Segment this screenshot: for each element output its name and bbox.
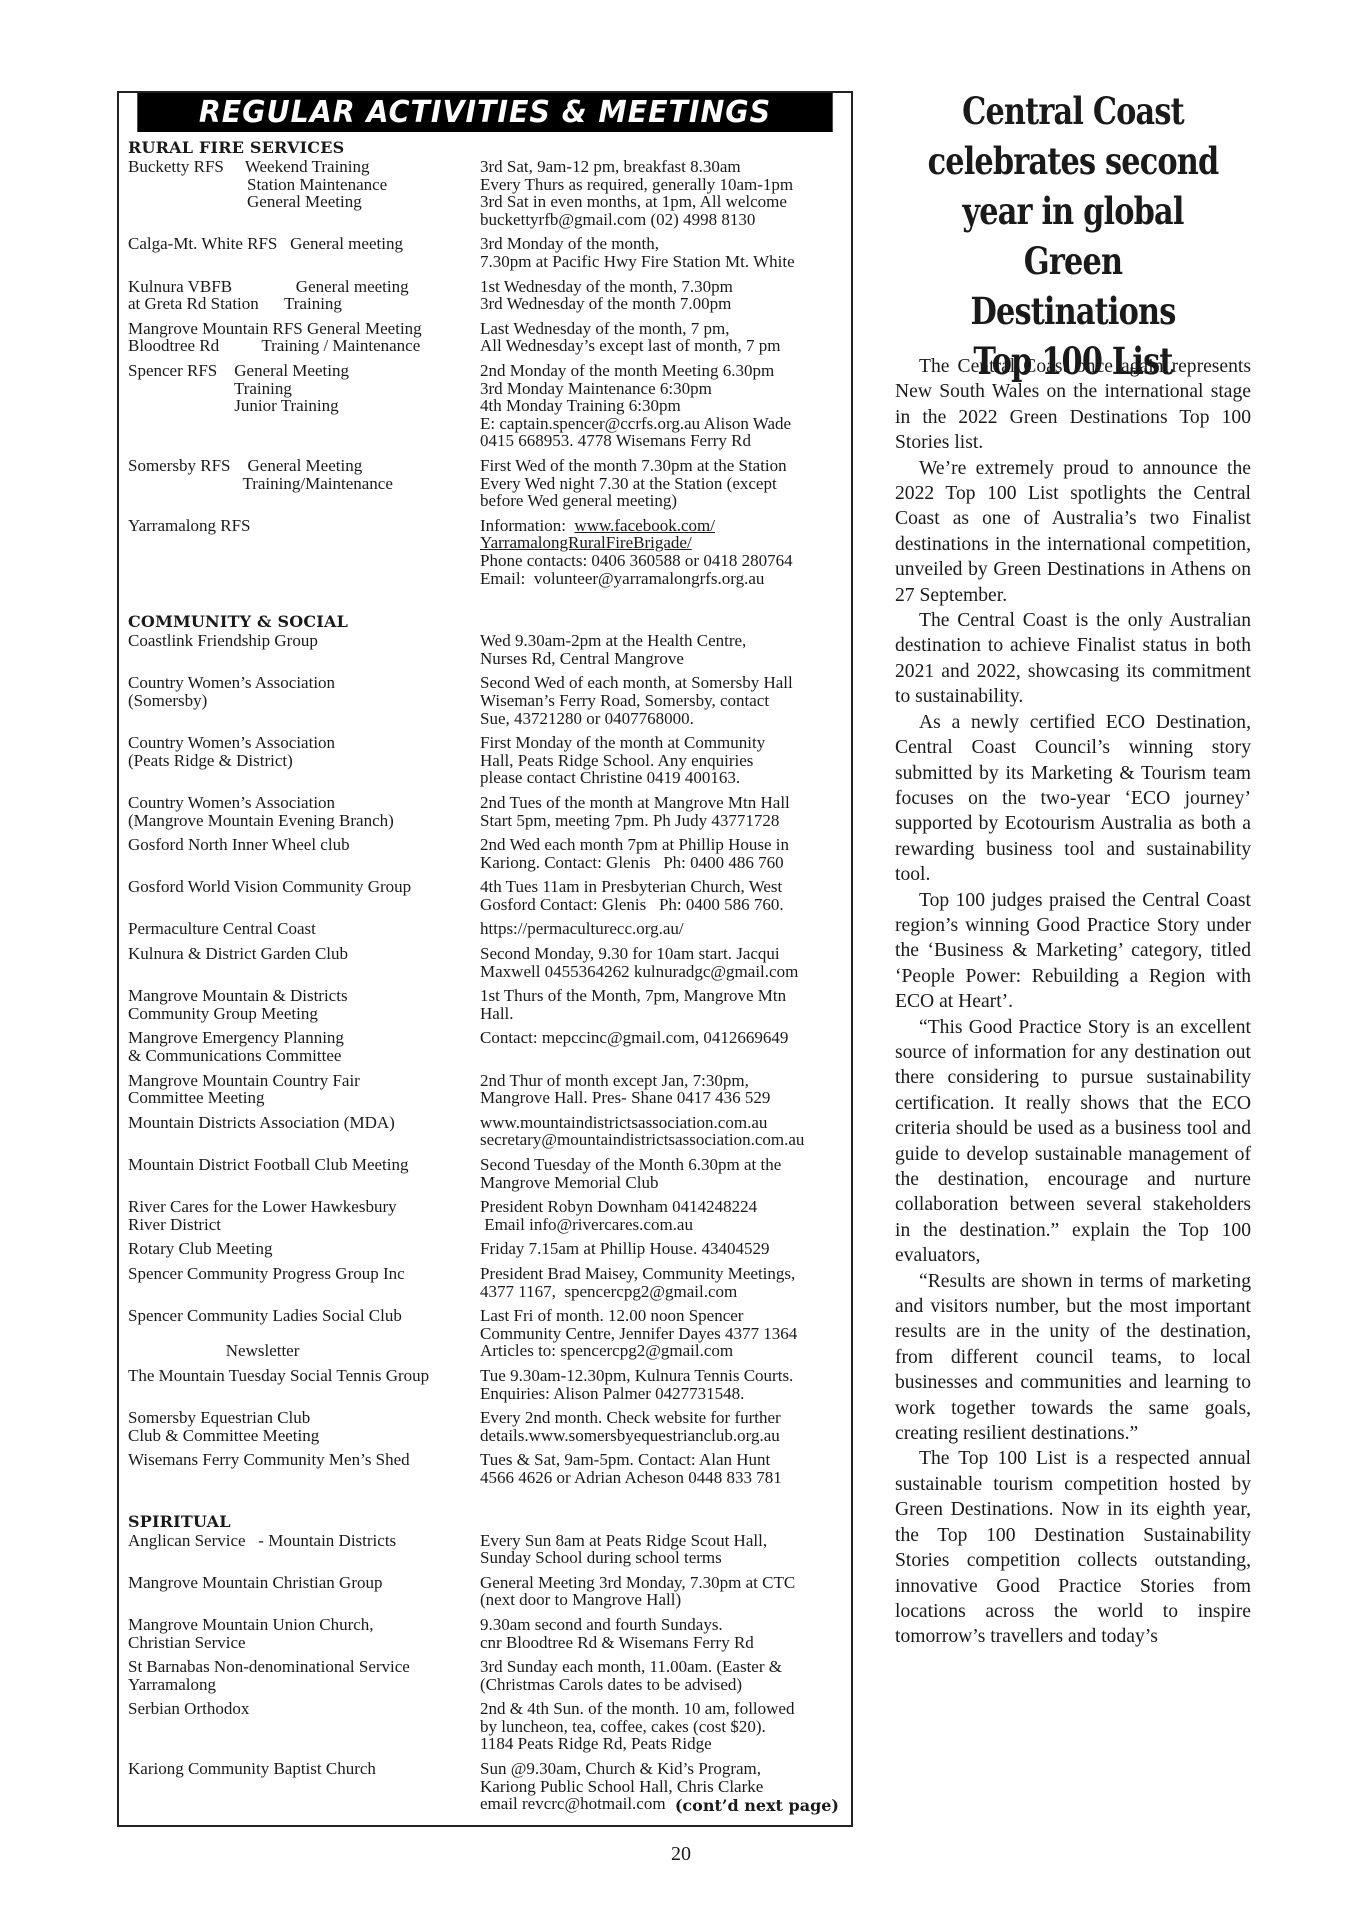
activity-details: 1st Wednesday of the month, 7.30pm3rd We… xyxy=(480,278,733,313)
activities-list: RURAL FIRE SERVICESBucketty RFS Weekend … xyxy=(128,138,843,1820)
activity-row: The Mountain Tuesday Social Tennis Group… xyxy=(128,1367,843,1409)
activity-name: Calga-Mt. White RFS General meeting xyxy=(128,235,403,253)
box-title: REGULAR ACTIVITIES & MEETINGS xyxy=(137,93,832,132)
activity-name: Permaculture Central Coast xyxy=(128,920,316,938)
activity-row: Spencer Community Ladies Social Club New… xyxy=(128,1307,843,1367)
regular-activities-box: REGULAR ACTIVITIES & MEETINGS RURAL FIRE… xyxy=(117,91,853,1827)
activity-row: Yarramalong RFSInformation: www.facebook… xyxy=(128,517,843,594)
activity-details: General Meeting 3rd Monday, 7.30pm at CT… xyxy=(480,1574,795,1609)
activity-row: Mangrove Mountain & DistrictsCommunity G… xyxy=(128,987,843,1029)
activity-name: St Barnabas Non-denominational ServiceYa… xyxy=(128,1658,410,1693)
activity-row: Mangrove Mountain RFS General MeetingBlo… xyxy=(128,320,843,362)
section-heading: SPIRITUAL xyxy=(128,1512,843,1532)
activity-details: 3rd Sunday each month, 11.00am. (Easter … xyxy=(480,1658,782,1693)
section-heading: COMMUNITY & SOCIAL xyxy=(128,612,843,632)
section-heading: RURAL FIRE SERVICES xyxy=(128,138,843,158)
activity-details: 4th Tues 11am in Presbyterian Church, We… xyxy=(480,878,784,913)
activity-name: Somersby Equestrian ClubClub & Committee… xyxy=(128,1409,319,1444)
activity-details: Wed 9.30am-2pm at the Health Centre,Nurs… xyxy=(480,632,746,667)
activity-name: Kulnura VBFB General meetingat Greta Rd … xyxy=(128,278,409,313)
activity-row: Serbian Orthodox2nd & 4th Sun. of the mo… xyxy=(128,1700,843,1760)
article-body: The Central Coast once again represents … xyxy=(895,354,1251,1650)
activity-row: Somersby Equestrian ClubClub & Committee… xyxy=(128,1409,843,1451)
activity-row: Country Women’s Association(Mangrove Mou… xyxy=(128,794,843,836)
activity-row: Gosford North Inner Wheel club2nd Wed ea… xyxy=(128,836,843,878)
activity-name: Mangrove Mountain RFS General MeetingBlo… xyxy=(128,320,422,355)
activity-name: Mangrove Emergency Planning& Communicati… xyxy=(128,1029,344,1064)
headline-line: celebrates second xyxy=(927,136,1219,186)
facebook-link[interactable]: www.facebook.com/ xyxy=(574,516,715,535)
activity-name: The Mountain Tuesday Social Tennis Group xyxy=(128,1367,429,1385)
activity-row: Country Women’s Association(Somersby)Sec… xyxy=(128,674,843,734)
activity-details: Information: www.facebook.com/Yarramalon… xyxy=(480,517,793,587)
activity-details: President Robyn Downham 0414248224 Email… xyxy=(480,1198,757,1233)
activity-details: Second Monday, 9.30 for 10am start. Jacq… xyxy=(480,945,798,980)
article: Central Coastcelebrates secondyear in gl… xyxy=(895,86,1251,386)
activity-details: Second Tuesday of the Month 6.30pm at th… xyxy=(480,1156,781,1191)
activity-name: Mountain District Football Club Meeting xyxy=(128,1156,408,1174)
activity-name: River Cares for the Lower HawkesburyRive… xyxy=(128,1198,397,1233)
activity-name: Mountain Districts Association (MDA) xyxy=(128,1114,395,1132)
article-paragraph: Top 100 judges praised the Central Coast… xyxy=(895,888,1251,1015)
activity-details: First Monday of the month at CommunityHa… xyxy=(480,734,765,787)
page-number: 20 xyxy=(671,1843,691,1866)
activity-name: Bucketty RFS Weekend Training Station Ma… xyxy=(128,158,387,211)
headline-line: year in global xyxy=(927,186,1219,236)
activity-name: Anglican Service - Mountain Districts xyxy=(128,1532,396,1550)
article-paragraph: As a newly certified ECO Destination, Ce… xyxy=(895,710,1251,888)
activity-name: Mangrove Mountain & DistrictsCommunity G… xyxy=(128,987,348,1022)
activity-row: Rotary Club MeetingFriday 7.15am at Phil… xyxy=(128,1240,843,1265)
article-paragraph: We’re extremely proud to announce the 20… xyxy=(895,456,1251,608)
article-paragraph: The Central Coast is the only Australian… xyxy=(895,608,1251,710)
activity-details: Last Fri of month. 12.00 noon SpencerCom… xyxy=(480,1307,797,1360)
activity-details: 3rd Sat, 9am-12 pm, breakfast 8.30amEver… xyxy=(480,158,793,228)
activity-row: Wisemans Ferry Community Men’s ShedTues … xyxy=(128,1451,843,1493)
activity-row: Somersby RFS General Meeting Training/Ma… xyxy=(128,457,843,517)
activity-details: 9.30am second and fourth Sundays.cnr Blo… xyxy=(480,1616,754,1651)
activity-name: Rotary Club Meeting xyxy=(128,1240,272,1258)
activity-name: Country Women’s Association(Mangrove Mou… xyxy=(128,794,394,829)
activity-details: Tues & Sat, 9am-5pm. Contact: Alan Hunt4… xyxy=(480,1451,782,1486)
activity-details: President Brad Maisey, Community Meeting… xyxy=(480,1265,795,1300)
activity-row: St Barnabas Non-denominational ServiceYa… xyxy=(128,1658,843,1700)
activity-row: Bucketty RFS Weekend Training Station Ma… xyxy=(128,158,843,235)
activity-details: Contact: mepccinc@gmail.com, 0412669649 xyxy=(480,1029,788,1047)
activity-row: Mangrove Mountain Country FairCommittee … xyxy=(128,1072,843,1114)
activity-name: Serbian Orthodox xyxy=(128,1700,249,1718)
activity-row: Anglican Service - Mountain DistrictsEve… xyxy=(128,1532,843,1574)
activity-details: Last Wednesday of the month, 7 pm,All We… xyxy=(480,320,781,355)
activity-row: Permaculture Central Coasthttps://permac… xyxy=(128,920,843,945)
activity-details: 2nd Thur of month except Jan, 7:30pm,Man… xyxy=(480,1072,770,1107)
activity-row: Kulnura VBFB General meetingat Greta Rd … xyxy=(128,278,843,320)
activity-name: Coastlink Friendship Group xyxy=(128,632,318,650)
headline-line: Green Destinations xyxy=(927,236,1219,336)
activity-row: River Cares for the Lower HawkesburyRive… xyxy=(128,1198,843,1240)
article-paragraph: The Top 100 List is a respected annual s… xyxy=(895,1446,1251,1649)
activity-name: Gosford World Vision Community Group xyxy=(128,878,411,896)
activity-details: 1st Thurs of the Month, 7pm, Mangrove Mt… xyxy=(480,987,786,1022)
activity-name: Yarramalong RFS xyxy=(128,517,250,535)
activity-row: Gosford World Vision Community Group4th … xyxy=(128,878,843,920)
activity-row: Mangrove Mountain Christian GroupGeneral… xyxy=(128,1574,843,1616)
article-paragraph: The Central Coast once again represents … xyxy=(895,354,1251,456)
activity-row: Spencer Community Progress Group IncPres… xyxy=(128,1265,843,1307)
activity-name: Mangrove Mountain Christian Group xyxy=(128,1574,383,1592)
activity-details: www.mountaindistrictsassociation.com.aus… xyxy=(480,1114,804,1149)
article-headline: Central Coastcelebrates secondyear in gl… xyxy=(927,86,1219,386)
activity-details: Second Wed of each month, at Somersby Ha… xyxy=(480,674,793,727)
activity-name: Kulnura & District Garden Club xyxy=(128,945,348,963)
article-paragraph: “This Good Practice Story is an excellen… xyxy=(895,1015,1251,1269)
article-paragraph: “Results are shown in terms of marketing… xyxy=(895,1269,1251,1447)
activity-details: 3rd Monday of the month,7.30pm at Pacifi… xyxy=(480,235,795,270)
activity-name: Somersby RFS General Meeting Training/Ma… xyxy=(128,457,393,492)
activity-name: Country Women’s Association(Peats Ridge … xyxy=(128,734,335,769)
activity-details: Tue 9.30am-12.30pm, Kulnura Tennis Court… xyxy=(480,1367,793,1402)
activity-row: Spencer RFS General Meeting Training Jun… xyxy=(128,362,843,457)
continued-note: (cont’d next page) xyxy=(675,1796,839,1815)
activity-details: 2nd & 4th Sun. of the month. 10 am, foll… xyxy=(480,1700,794,1753)
activity-name: Mangrove Mountain Union Church,Christian… xyxy=(128,1616,374,1651)
activity-row: Mountain Districts Association (MDA)www.… xyxy=(128,1114,843,1156)
activity-name: Country Women’s Association(Somersby) xyxy=(128,674,335,709)
activity-name: Spencer RFS General Meeting Training Jun… xyxy=(128,362,349,415)
headline-line: Central Coast xyxy=(927,86,1219,136)
activity-name: Gosford North Inner Wheel club xyxy=(128,836,350,854)
activity-name: Wisemans Ferry Community Men’s Shed xyxy=(128,1451,410,1469)
activity-details: 2nd Monday of the month Meeting 6.30pm3r… xyxy=(480,362,791,450)
activity-details: First Wed of the month 7.30pm at the Sta… xyxy=(480,457,787,510)
activity-details: 2nd Wed each month 7pm at Phillip House … xyxy=(480,836,789,871)
activity-name: Spencer Community Ladies Social Club New… xyxy=(128,1307,402,1360)
activity-row: Coastlink Friendship GroupWed 9.30am-2pm… xyxy=(128,632,843,674)
activity-name: Spencer Community Progress Group Inc xyxy=(128,1265,405,1283)
activity-details: https://permaculturecc.org.au/ xyxy=(480,920,684,938)
activity-details: Every 2nd month. Check website for furth… xyxy=(480,1409,781,1444)
activity-details: Friday 7.15am at Phillip House. 43404529 xyxy=(480,1240,769,1258)
activity-row: Mangrove Mountain Union Church,Christian… xyxy=(128,1616,843,1658)
activity-row: Calga-Mt. White RFS General meeting3rd M… xyxy=(128,235,843,277)
activity-details: Every Sun 8am at Peats Ridge Scout Hall,… xyxy=(480,1532,767,1567)
activity-row: Mountain District Football Club MeetingS… xyxy=(128,1156,843,1198)
activity-row: Country Women’s Association(Peats Ridge … xyxy=(128,734,843,794)
activity-name: Mangrove Mountain Country FairCommittee … xyxy=(128,1072,360,1107)
activity-details: 2nd Tues of the month at Mangrove Mtn Ha… xyxy=(480,794,790,829)
activity-row: Kulnura & District Garden ClubSecond Mon… xyxy=(128,945,843,987)
facebook-link[interactable]: YarramalongRuralFireBrigade/ xyxy=(480,534,793,552)
activity-name: Kariong Community Baptist Church xyxy=(128,1760,376,1778)
activity-row: Mangrove Emergency Planning& Communicati… xyxy=(128,1029,843,1071)
